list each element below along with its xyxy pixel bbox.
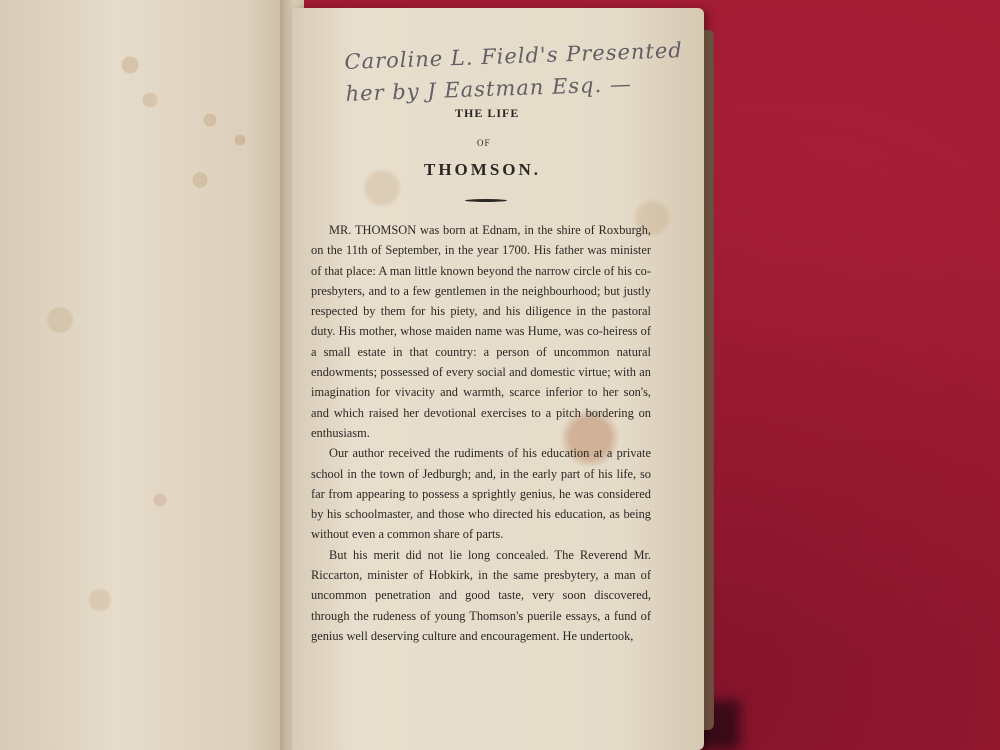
paragraph-2: Our author received the rudiments of his… (311, 443, 651, 544)
body-text: MR. THOMSON was born at Ednam, in the sh… (311, 220, 651, 646)
heading-the-life: THE LIFE (455, 106, 519, 121)
heading-of: OF (477, 138, 491, 148)
paragraph-3: But his merit did not lie long concealed… (311, 545, 651, 646)
heading-title: THOMSON. (424, 160, 541, 180)
left-page (0, 0, 292, 750)
paragraph-1: MR. THOMSON was born at Ednam, in the sh… (311, 220, 651, 443)
handwritten-inscription: Caroline L. Field's Presented her by J E… (344, 34, 686, 110)
ornament-rule (465, 199, 507, 202)
